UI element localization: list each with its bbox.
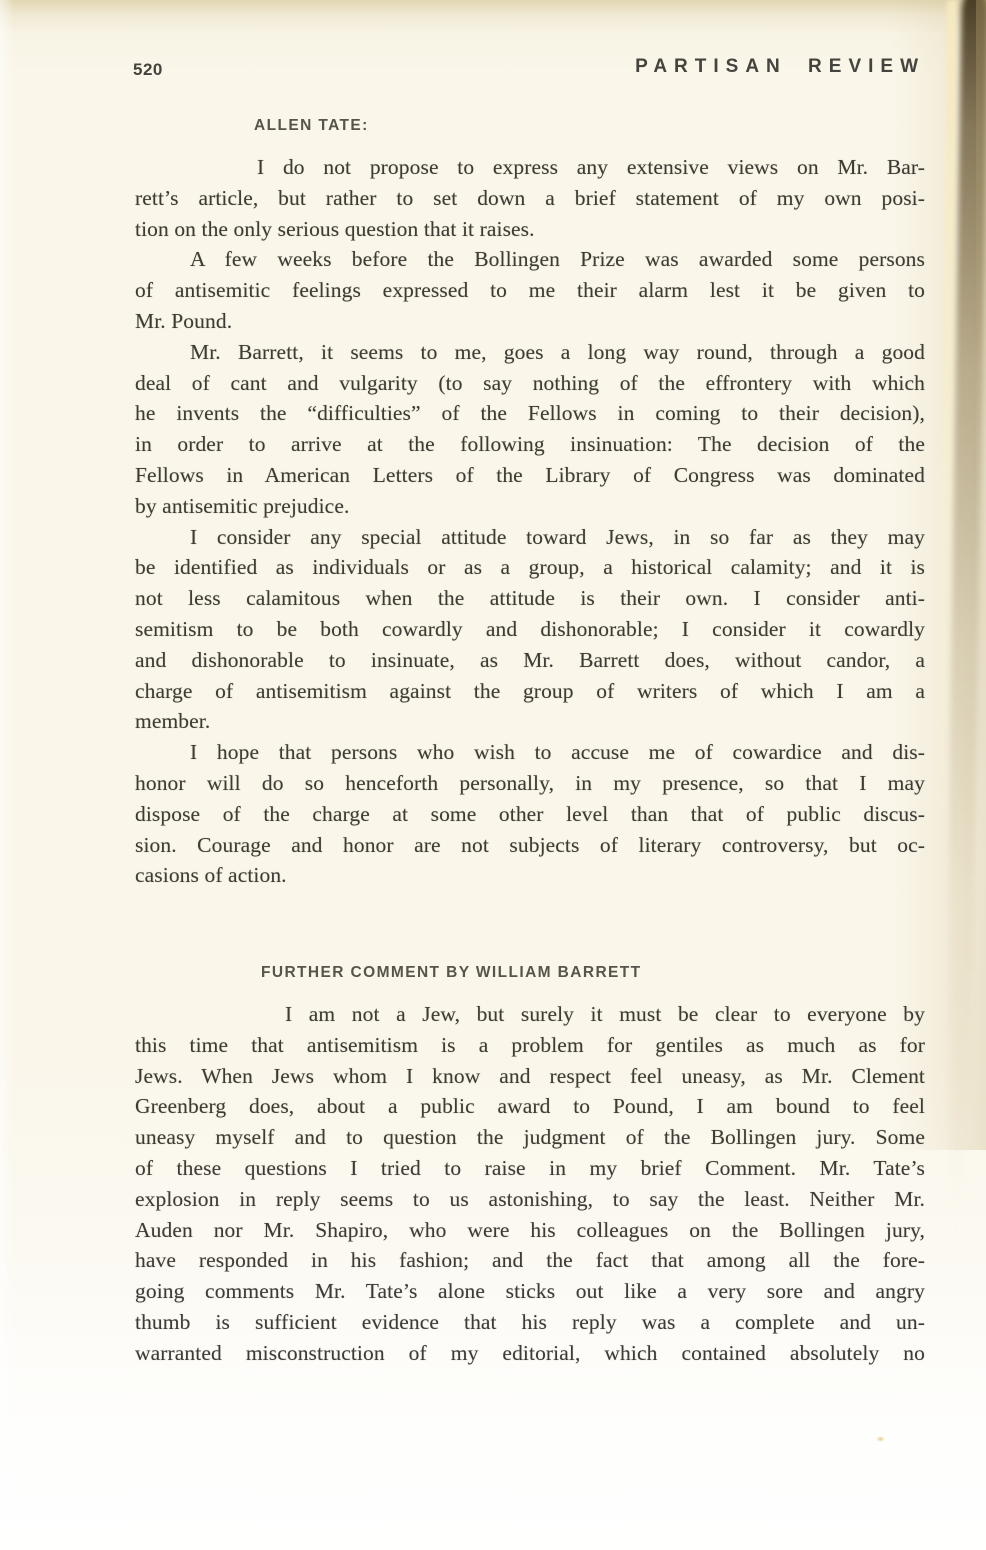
text-line: I am not a Jew, but surely it must be cl…: [135, 999, 925, 1030]
text-line: uneasy myself and to question the judgme…: [135, 1122, 925, 1153]
text-line: charge of antisemitism against the group…: [135, 676, 925, 707]
text-line: Mr. Pound.: [135, 306, 925, 337]
text-line: going comments Mr. Tate’s alone sticks o…: [135, 1276, 925, 1307]
text-line: honor will do so henceforth personally, …: [135, 768, 925, 799]
text-line: Auden nor Mr. Shapiro, who were his coll…: [135, 1215, 925, 1246]
text-line: of these questions I tried to raise in m…: [135, 1153, 925, 1184]
scanned-page: 520 PARTISAN REVIEW ALLEN TATE: I do not…: [0, 0, 986, 1550]
right-crease-highlight: [937, 0, 957, 950]
text-line: casions of action.: [135, 860, 925, 891]
text-line: Mr. Barrett, it seems to me, goes a long…: [135, 337, 925, 368]
text-line: I hope that persons who wish to accuse m…: [135, 737, 925, 768]
journal-title: PARTISAN REVIEW: [635, 56, 925, 78]
text-line: thumb is sufficient evidence that his re…: [135, 1307, 925, 1338]
text-line: of antisemitic feelings expressed to me …: [135, 275, 925, 306]
text-line: by antisemitic prejudice.: [135, 491, 925, 522]
text-line: deal of cant and vulgarity (to say nothi…: [135, 368, 925, 399]
text-line: not less calamitous when the attitude is…: [135, 583, 925, 614]
text-line: Fellows in American Letters of the Libra…: [135, 460, 925, 491]
text-line: be identified as individuals or as a gro…: [135, 552, 925, 583]
right-outer-strip: [976, 0, 986, 1550]
text-line: tion on the only serious question that i…: [135, 214, 925, 245]
text-line: Jews. When Jews whom I know and respect …: [135, 1061, 925, 1092]
text-line: I consider any special attitude toward J…: [135, 522, 925, 553]
text-line: in order to arrive at the following insi…: [135, 429, 925, 460]
section-body-barrett: I am not a Jew, but surely it must be cl…: [135, 999, 925, 1369]
section-body-allen-tate: I do not propose to express any extensiv…: [135, 152, 925, 891]
top-edge-shading: [0, 0, 986, 34]
text-line: A few weeks before the Bollingen Prize w…: [135, 244, 925, 275]
orange-speck: [876, 1436, 885, 1442]
text-line: semitism to be both cowardly and dishono…: [135, 614, 925, 645]
text-line: sion. Courage and honor are not subjects…: [135, 830, 925, 861]
left-edge-highlight: [0, 0, 14, 1550]
text-line: and dishonorable to insinuate, as Mr. Ba…: [135, 645, 925, 676]
section-heading-barrett: FURTHER COMMENT BY WILLIAM BARRETT: [261, 964, 642, 982]
text-line: he invents the “difficulties” of the Fel…: [135, 398, 925, 429]
text-line: explosion in reply seems to us astonishi…: [135, 1184, 925, 1215]
text-line: dispose of the charge at some other leve…: [135, 799, 925, 830]
page-number: 520: [133, 60, 163, 80]
section-heading-allen-tate: ALLEN TATE:: [254, 117, 369, 135]
text-line: this time that antisemitism is a problem…: [135, 1030, 925, 1061]
text-line: rett’s article, but rather to set down a…: [135, 183, 925, 214]
text-line: I do not propose to express any extensiv…: [135, 152, 925, 183]
text-line: Greenberg does, about a public award to …: [135, 1091, 925, 1122]
text-line: have responded in his fashion; and the f…: [135, 1245, 925, 1276]
text-line: member.: [135, 706, 925, 737]
right-page-curl-shadow: [942, 0, 986, 1238]
text-line: warranted misconstruction of my editoria…: [135, 1338, 925, 1369]
